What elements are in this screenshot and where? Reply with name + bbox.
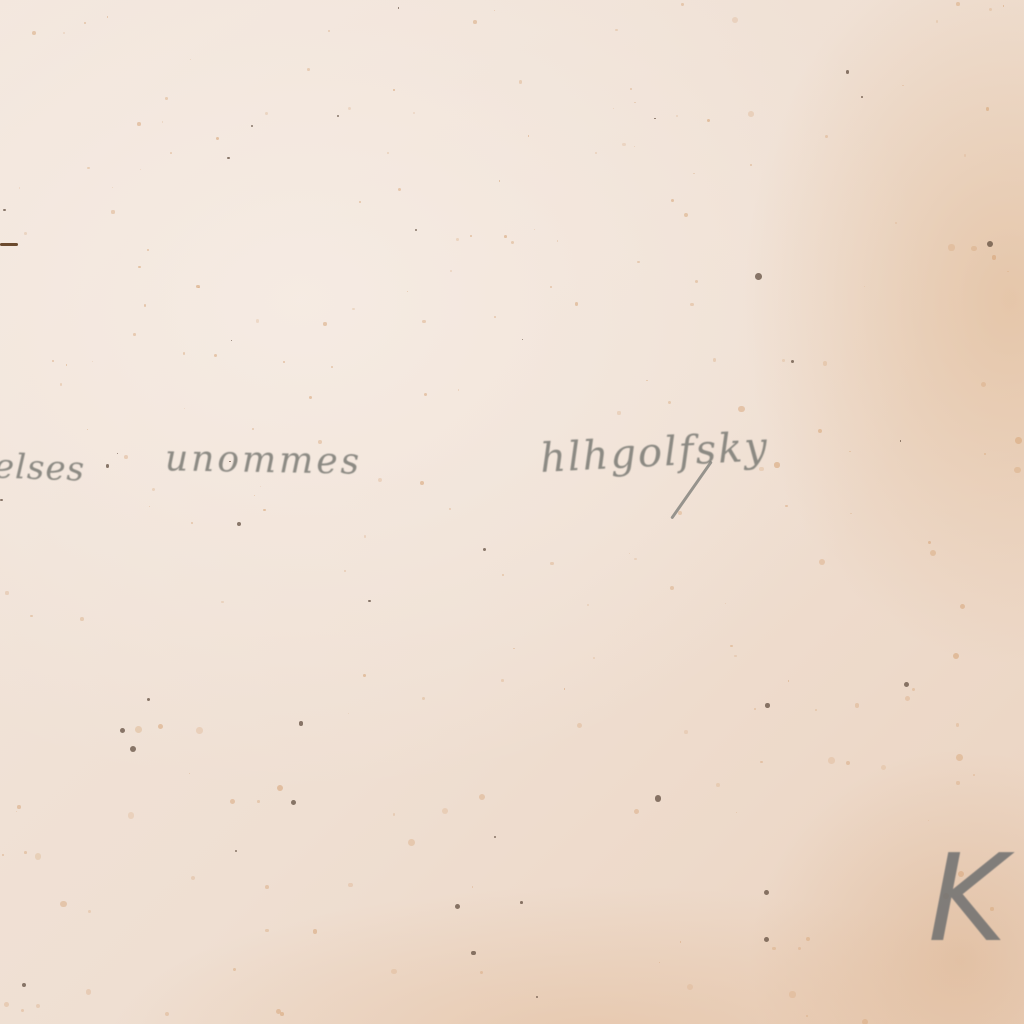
handwritten-word-3: hlhgolfsky [539,424,770,482]
handwritten-word-1: elses [0,446,86,489]
paper-sheet: elses unommes hlhgolfsky K [0,0,1024,1024]
handwritten-word-2: unommes [165,438,363,482]
ink-mark [0,243,18,246]
handwritten-initial: K [928,830,1007,969]
